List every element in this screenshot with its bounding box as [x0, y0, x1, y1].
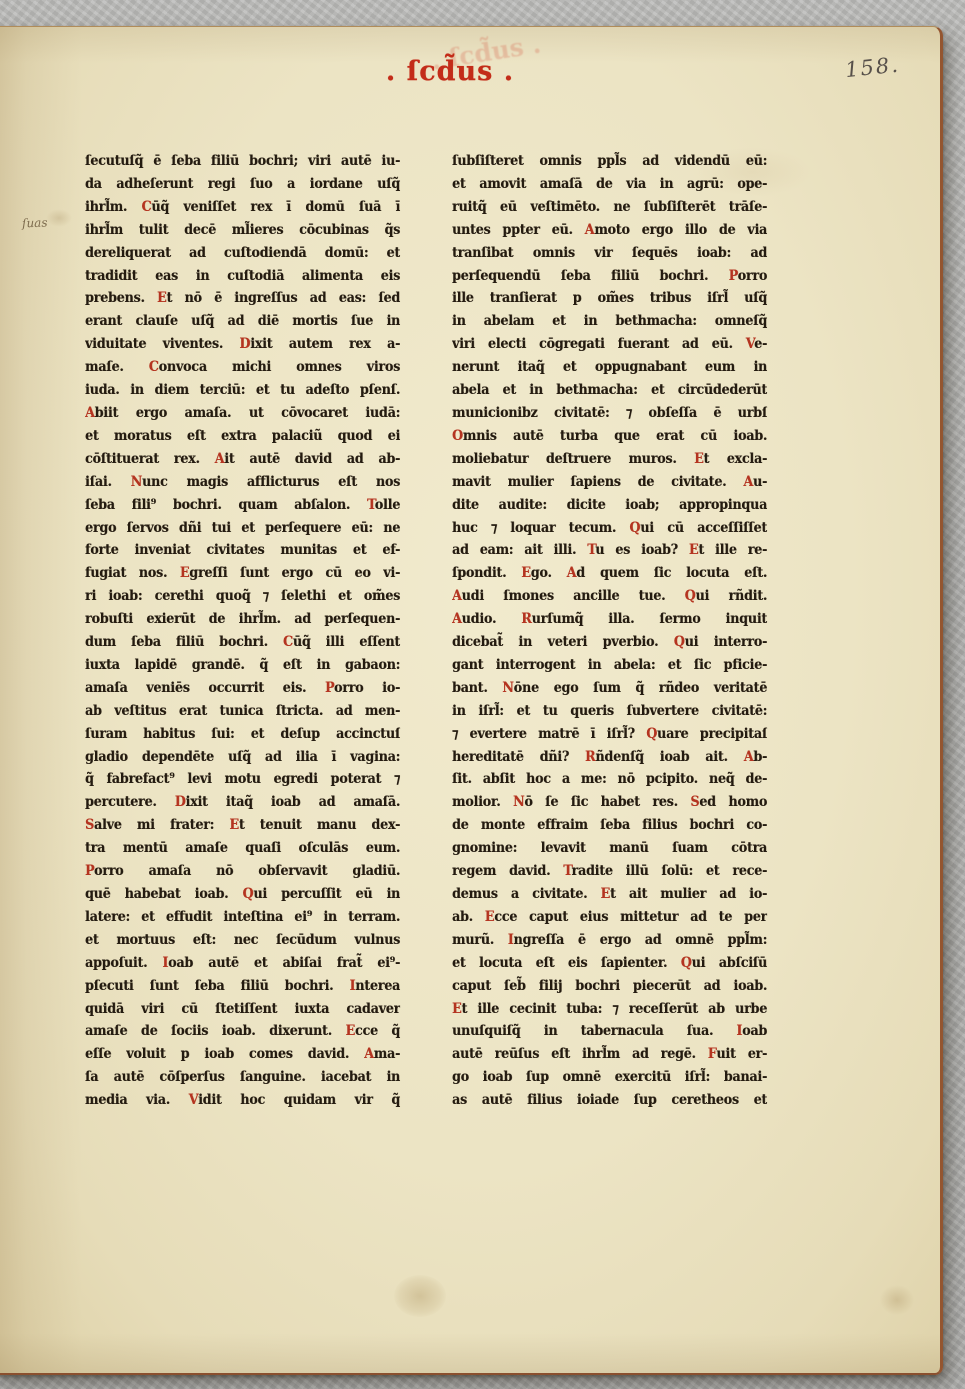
text-line: cōſtituerat rex. Ait autē david ad ab-: [85, 448, 400, 471]
rubricated-initial: C: [141, 199, 151, 215]
text-line: murũ. Ingreſſa ē ergo ad omnē ppl̃m:: [452, 929, 767, 952]
text-line: nerunt itaq̃ et oppugnabant eum in: [452, 356, 767, 379]
text-line: dicebat̃ in veteri pverbio. Qui interro-: [452, 631, 767, 654]
text-line: pſecuti ſunt ſeba filiū bochri. Interea: [85, 975, 400, 998]
rubricated-initial: E: [601, 886, 610, 902]
text-line: untes ppter eū. Amoto ergo illo de via: [452, 219, 767, 242]
rubricated-initial: A: [744, 749, 754, 765]
text-line: caput ſeb̃ filij bochri piecerūt ad ioab…: [452, 975, 767, 998]
rubricated-initial: Q: [242, 886, 253, 902]
text-line: tranſibat omnis vir ſequēs ioab: ad: [452, 242, 767, 265]
text-line: ri ioab: cerethi quoq̃ ⁊ ſelethi et om̃e…: [85, 585, 400, 608]
text-line: percutere. Dixit itaq̃ ioab ad amaſā.: [85, 791, 400, 814]
rubricated-initial: N: [131, 474, 142, 490]
text-line: et moratus eſt extra palaciũ quod ei: [85, 425, 400, 448]
text-line: ſecutuſq̃ ē ſeba filiū bochri; viri autē…: [85, 150, 400, 173]
running-title: . ſcd̃us .: [300, 56, 600, 87]
rubricated-initial: E: [485, 909, 494, 925]
rubricated-initial: P: [325, 680, 334, 696]
rubricated-initial: E: [694, 451, 703, 467]
text-line: ihrl̃m tulit decē ml̃ieres cōcubinas q̃s: [85, 219, 400, 242]
stain-mark: [46, 209, 72, 227]
text-line: viri electi cōgregati fuerant ad eū. Ve-: [452, 333, 767, 356]
rubricated-initial: Q: [681, 955, 692, 971]
rubricated-initial: S: [690, 794, 699, 810]
rubricated-initial: C: [149, 359, 159, 375]
rubricated-initial: P: [85, 863, 94, 879]
text-line: robuſti exierūt de ihrl̃m. ad perſequen-: [85, 608, 400, 631]
text-line: ille tranſierat p om̃es tribus iſrl̃ uſq…: [452, 287, 767, 310]
rubricated-initial: A: [452, 611, 462, 627]
text-line: et mortuus eſt: nec ſecūdum vulnus: [85, 929, 400, 952]
text-line: ruitq̃ eū veſtimēto. ne ſubſiſterēt trāſ…: [452, 196, 767, 219]
text-line: iuxta lapidē grandē. q̃ eſt in gabaon:: [85, 654, 400, 677]
rubricated-initial: R: [521, 611, 531, 627]
text-line: tra mentū amaſe quaſi oſculās eum.: [85, 837, 400, 860]
text-line: iuda. in diem terciū: et tu adeſto pſenſ…: [85, 379, 400, 402]
text-line: ab veſtitus erat tunica ſtricta. ad men-: [85, 700, 400, 723]
text-line: ihrl̃m. Cūq̃ veniſſet rex ī domū ſuā ī: [85, 196, 400, 219]
rubricated-initial: T: [367, 497, 375, 513]
rubricated-initial: E: [157, 290, 166, 306]
text-line: municionibz civitatē: ⁊ obſeſſa ē urbſ: [452, 402, 767, 425]
text-line: ſeba fili⁹ bochri. quam abſalon. Tolle: [85, 494, 400, 517]
rubricated-initial: E: [229, 817, 238, 833]
text-line: iſai. Nunc magis afflicturus eſt nos: [85, 471, 400, 494]
rubricated-initial: S: [85, 817, 94, 833]
text-line: et locuta eſt eis ſapienter. Qui abſciſū: [452, 952, 767, 975]
text-line: media via. Vidit hoc quidam vir q̃: [85, 1089, 400, 1112]
rubricated-initial: Q: [685, 588, 696, 604]
text-line: hereditatē dñi? Rñdenſq̃ ioab ait. Ab-: [452, 746, 767, 769]
text-line: mavit mulier ſapiens de civitate. Au-: [452, 471, 767, 494]
text-line: amaſa veniēs occurrit eis. Porro io-: [85, 677, 400, 700]
text-line: demus a civitate. Et ait mulier ad io-: [452, 883, 767, 906]
text-line: ſa autē cōſperſus ſanguine. iacebat in: [85, 1066, 400, 1089]
text-line: Audio. Rurſumq̃ illa. ſermo inquit: [452, 608, 767, 631]
text-line: huc ⁊ loquar tecum. Qui cū acceſſiſſet: [452, 517, 767, 540]
rubricated-initial: V: [189, 1092, 198, 1108]
rubricated-initial: E: [180, 565, 189, 581]
text-line: Et ille cecinit tuba: ⁊ receſſerūt ab ur…: [452, 998, 767, 1021]
text-line: dum ſeba filiū bochri. Cūq̃ illi eſſent: [85, 631, 400, 654]
text-line: in abelam et in bethmacha: omneſq̃: [452, 310, 767, 333]
text-line: q̃ fabrefact⁹ levi motu egredi poterat ⁊: [85, 768, 400, 791]
text-column-left: ſecutuſq̃ ē ſeba filiū bochri; viri autē…: [85, 150, 400, 1115]
rubricated-initial: P: [729, 268, 738, 284]
text-line: Porro amaſa nō obſervavit gladiū.: [85, 860, 400, 883]
text-line: ⁊ evertere matrē ī iſrl̃? Quare precipit…: [452, 723, 767, 746]
rubricated-initial: V: [746, 336, 754, 352]
rubricated-initial: A: [743, 474, 753, 490]
text-line: abela et in bethmacha: et circūdederūt: [452, 379, 767, 402]
text-line: Salve mi frater: Et tenuit manu dex-: [85, 814, 400, 837]
text-line: dereliquerat ad cuſtodiendā domū: et: [85, 242, 400, 265]
text-line: molior. Nō ſe ſic habet res. Sed homo: [452, 791, 767, 814]
rubricated-initial: A: [215, 451, 225, 467]
rubricated-initial: N: [502, 680, 513, 696]
rubricated-initial: A: [85, 405, 95, 421]
text-line: fugiat nos. Egreſſi ſunt ergo cū eo vi-: [85, 562, 400, 585]
text-line: ſpondit. Ego. Ad quem ſic locuta eſt.: [452, 562, 767, 585]
text-line: latere: et effudit inteſtina ei⁹ in terr…: [85, 906, 400, 929]
text-column-right: ſubſiſteret omnis ppl̃s ad videndū eū:et…: [452, 150, 767, 1115]
rubricated-initial: T: [587, 542, 595, 558]
rubricated-initial: C: [283, 634, 293, 650]
text-line: quē habebat ioab. Qui percuſſit eū in: [85, 883, 400, 906]
text-line: as autē filius ioiade ſup ceretheos et: [452, 1089, 767, 1112]
rubricated-initial: A: [364, 1046, 374, 1062]
text-line: appoſuit. Ioab autē et abiſai frat̃ ei⁹-: [85, 952, 400, 975]
text-line: dite audite: dicite ioab; appropinqua: [452, 494, 767, 517]
stain-mark: [880, 1285, 914, 1315]
text-line: maſe. Convoca michi omnes viros: [85, 356, 400, 379]
text-line: forte inveniat civitates munitas et ef-: [85, 539, 400, 562]
rubricated-initial: Q: [674, 634, 685, 650]
text-line: viduitate viventes. Dixit autem rex a-: [85, 333, 400, 356]
text-line: gladio dependēte uſq̃ ad ilia ī vagina:: [85, 746, 400, 769]
text-line: ſit. abſit hoc a me: nō pcipito. neq̃ de…: [452, 768, 767, 791]
text-line: Omnis autē turba que erat cū ioab.: [452, 425, 767, 448]
rubricated-initial: E: [689, 542, 698, 558]
text-line: Audi ſmones ancille tue. Qui rñdit.: [452, 585, 767, 608]
text-line: perſequendū ſeba filiū bochri. Porro: [452, 265, 767, 288]
text-line: ergo ſervos dñi tui et perſequere eū: ne: [85, 517, 400, 540]
rubricated-initial: R: [585, 749, 595, 765]
rubricated-initial: E: [345, 1023, 354, 1039]
text-line: Abiit ergo amaſa. ut cōvocaret iudā:: [85, 402, 400, 425]
text-line: regem david. Tradite illū ſolū: et rece-: [452, 860, 767, 883]
text-line: amaſe de ſociis ioab. dixerunt. Ecce q̃: [85, 1020, 400, 1043]
rubricated-initial: T: [563, 863, 571, 879]
text-line: erant clauſe uſq̃ ad diē mortis ſue in: [85, 310, 400, 333]
text-line: da adheſerunt regi ſuo a iordane uſq̃: [85, 173, 400, 196]
text-line: in iſrl̃: et tu queris ſubvertere civita…: [452, 700, 767, 723]
text-line: prebens. Et nō ē ingreſſus ad eas: ſed: [85, 287, 400, 310]
rubricated-initial: D: [239, 336, 250, 352]
text-line: tradidit eas in cuſtodiā alimenta eis: [85, 265, 400, 288]
text-line: ſuram habitus ſui: et deſup accinctuſ: [85, 723, 400, 746]
text-line: quidā viri cū ſtetiſſent iuxta cadaver: [85, 998, 400, 1021]
text-line: ad eam: ait illi. Tu es ioab? Et ille re…: [452, 539, 767, 562]
rubricated-initial: A: [452, 588, 462, 604]
text-line: de monte effraim ſeba filius bochri co-: [452, 814, 767, 837]
text-line: unuſquiſq̃ in tabernacula ſua. Ioab: [452, 1020, 767, 1043]
margin-note: ſuas: [22, 216, 48, 231]
text-line: moliebatur deſtruere muros. Et excla-: [452, 448, 767, 471]
text-line: gant interrogent in abela: et ſic pficie…: [452, 654, 767, 677]
rubricated-initial: O: [452, 428, 463, 444]
rubricated-initial: Q: [629, 520, 640, 536]
rubricated-initial: Q: [646, 726, 657, 742]
text-line: autē reūſus eſt ihrl̃m ad regē. Fuit er-: [452, 1043, 767, 1066]
rubricated-initial: A: [585, 222, 595, 238]
text-line: ab. Ecce caput eius mittetur ad te per: [452, 906, 767, 929]
rubricated-initial: A: [567, 565, 577, 581]
rubricated-initial: E: [521, 565, 530, 581]
rubricated-initial: N: [513, 794, 524, 810]
manuscript-scan: . ſcd̃us . . ſcd̃us . 158. ſuas ſecutuſq…: [0, 0, 965, 1389]
rubricated-initial: E: [452, 1001, 461, 1017]
text-line: eſſe voluit p ioab comes david. Ama-: [85, 1043, 400, 1066]
text-line: et amovit amaſā de via in agrū: ope-: [452, 173, 767, 196]
stain-mark: [394, 1275, 446, 1317]
text-line: gnomine: levavit manū ſuam cōtra: [452, 837, 767, 860]
text-line: bant. Nōne ego ſum q̃ rñdeo veritatē: [452, 677, 767, 700]
rubricated-initial: F: [708, 1046, 717, 1062]
text-line: ſubſiſteret omnis ppl̃s ad videndū eū:: [452, 150, 767, 173]
text-line: go ioab ſup omnē exercitū iſrl̃: banai-: [452, 1066, 767, 1089]
rubricated-initial: D: [175, 794, 186, 810]
